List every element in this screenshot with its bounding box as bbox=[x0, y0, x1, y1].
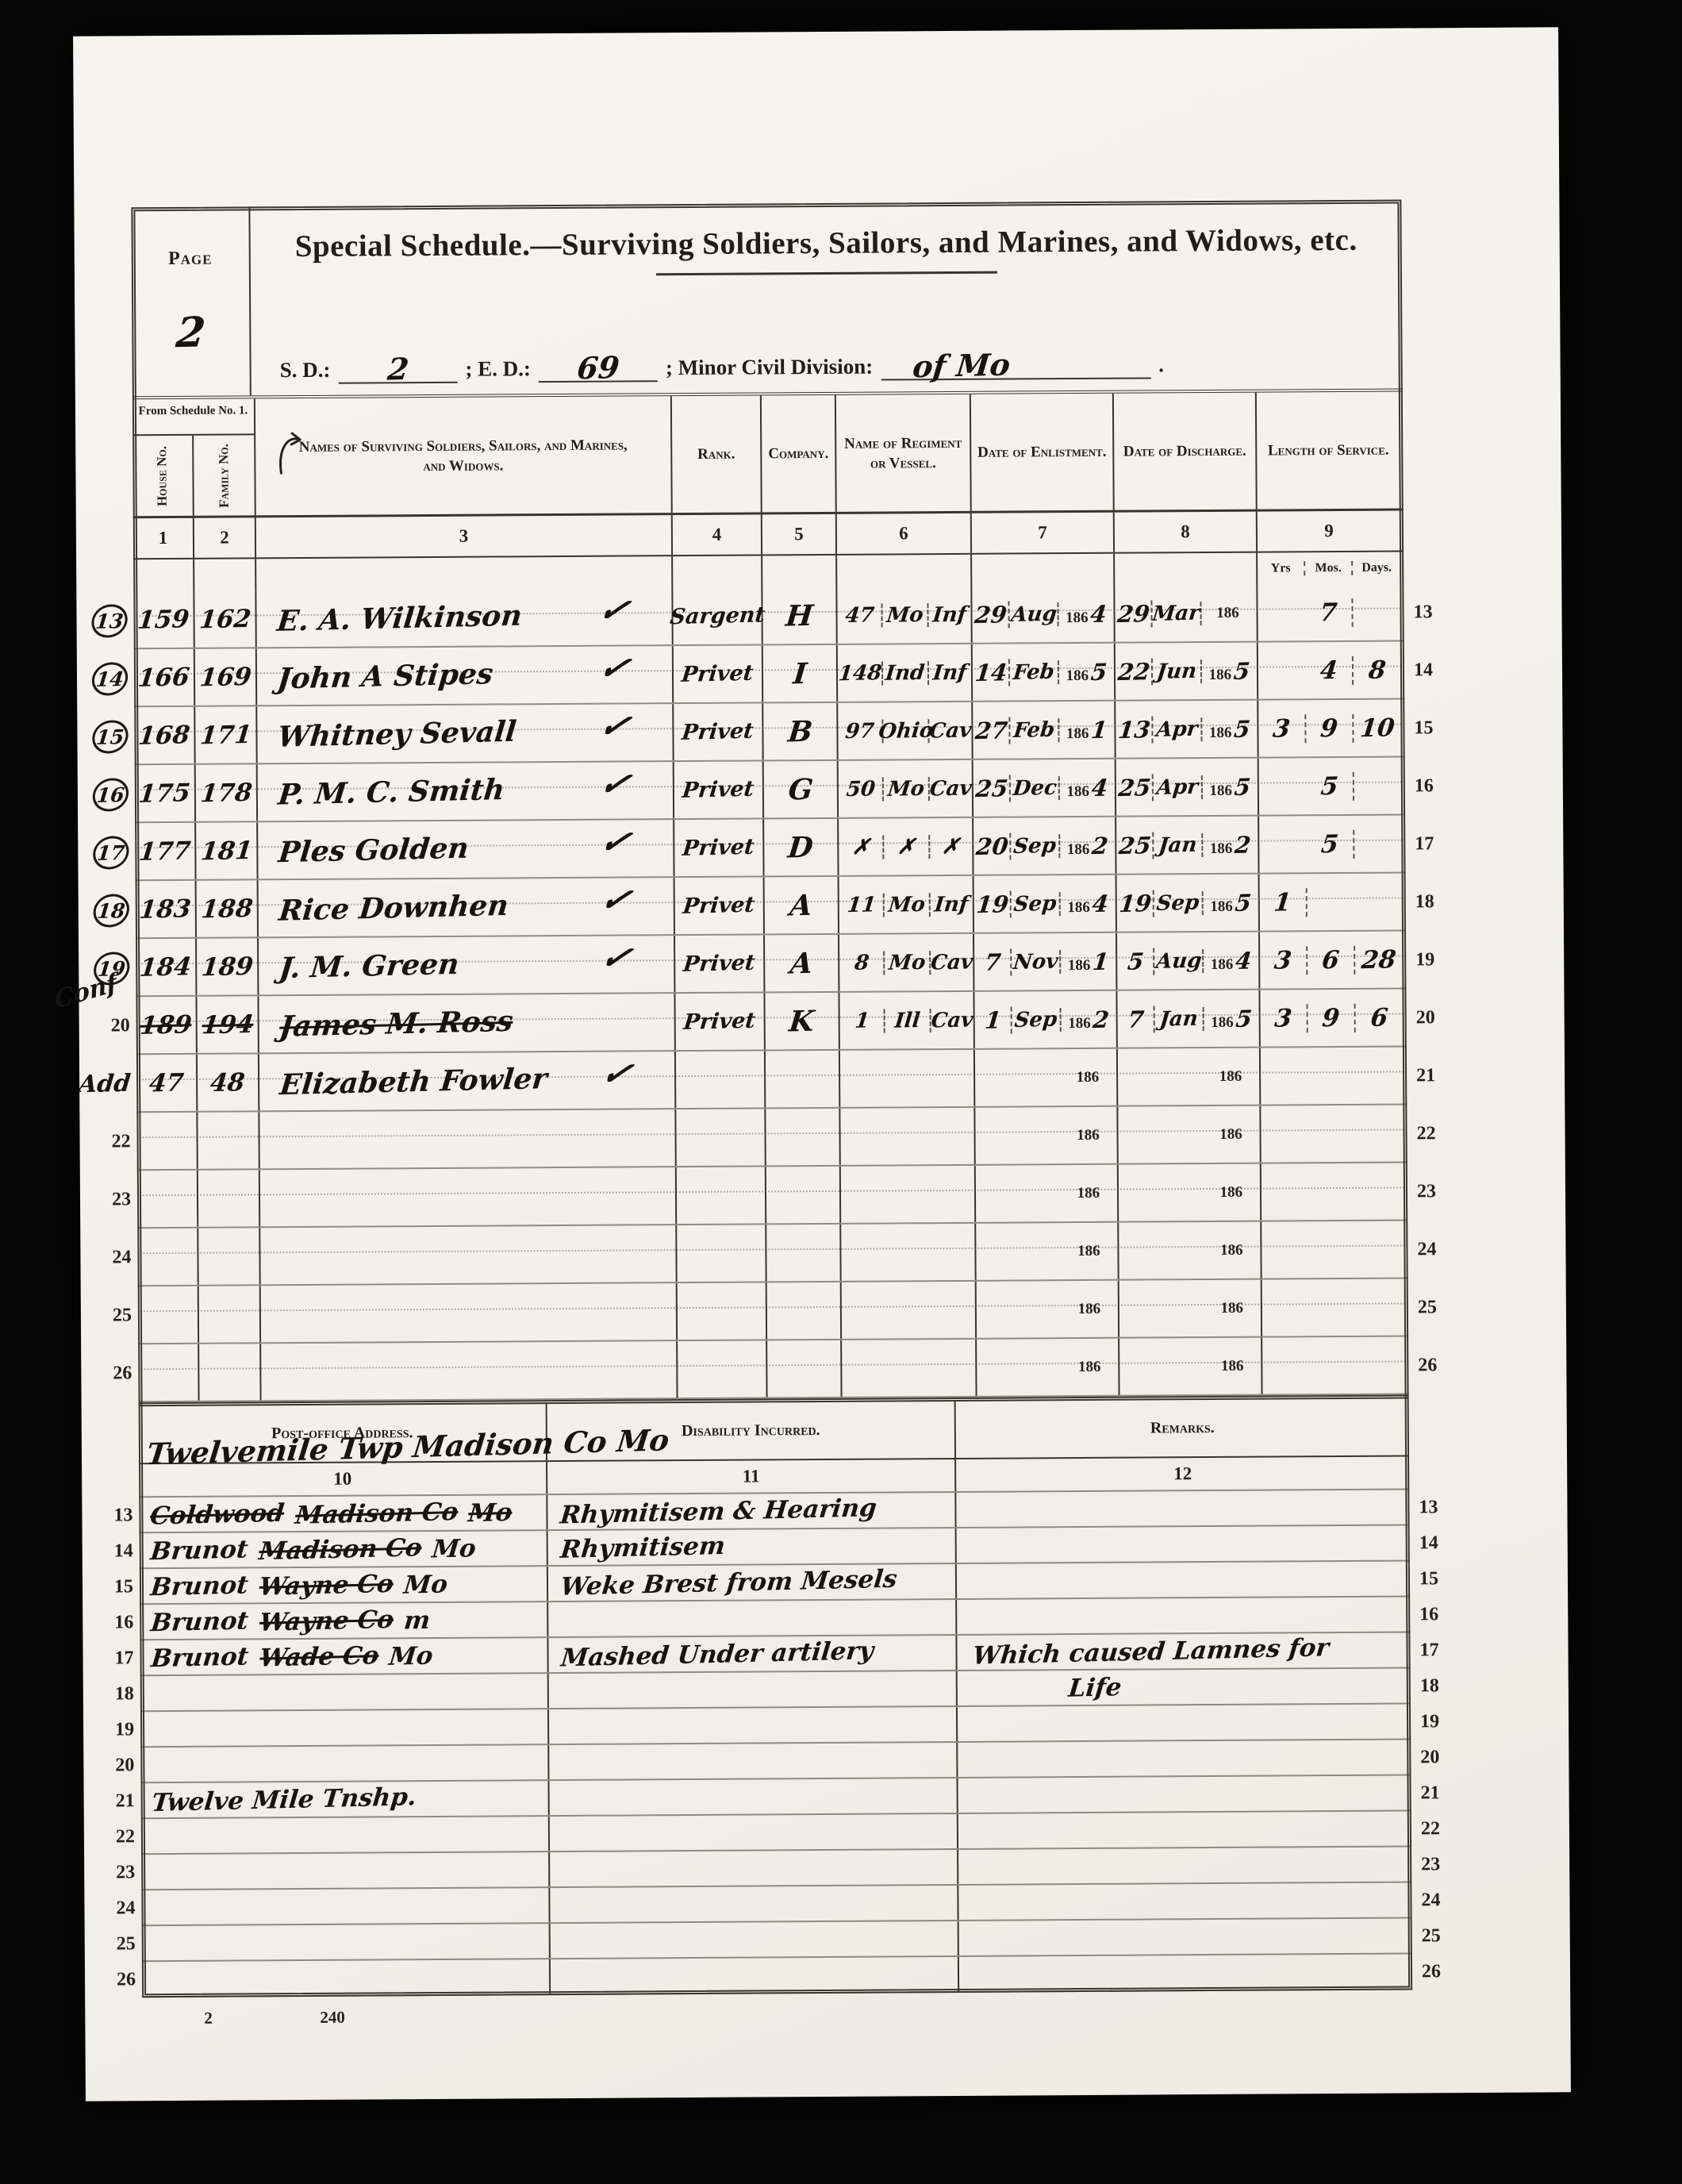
service-sub-label: Mos. bbox=[1305, 561, 1353, 575]
enlistment-cell-sub: 186 bbox=[1062, 1068, 1116, 1086]
regiment-cell-sub: Cav bbox=[931, 950, 973, 974]
enlistment-cell-sub: Feb bbox=[1011, 718, 1059, 742]
service-cell-sub: 5 bbox=[1307, 829, 1354, 858]
discharge-cell-sub: 186 bbox=[1205, 1241, 1260, 1259]
house-number: 183 bbox=[138, 894, 192, 925]
enlistment-cell-sub: Aug bbox=[1010, 602, 1058, 626]
enlistment-cell-sub: 20 bbox=[973, 832, 1012, 859]
family-number: 178 bbox=[199, 778, 253, 808]
row-number: 20 bbox=[1406, 989, 1457, 1047]
regiment-cell-sub: Mo bbox=[885, 951, 931, 975]
remarks-cell bbox=[958, 1882, 1411, 1919]
remarks-value: Which caused Lamnes for bbox=[972, 1636, 1331, 1668]
column-number: 3 bbox=[256, 515, 673, 557]
service-cell-sub: 3 bbox=[1261, 1004, 1308, 1032]
discharge-cell-sub: 1862 bbox=[1203, 831, 1258, 858]
bottom-column-number: 11 bbox=[547, 1459, 956, 1494]
company-value: H bbox=[784, 598, 814, 633]
printed-year-prefix: 186 bbox=[1210, 898, 1233, 914]
page-column: Page 2 bbox=[131, 206, 251, 396]
address-cell bbox=[141, 1888, 550, 1924]
ed-value: 69 bbox=[576, 356, 620, 380]
printed-year-prefix: 186 bbox=[1077, 1184, 1100, 1201]
discharge-day: 13 bbox=[1116, 716, 1151, 744]
disability-value: Rhymitisem & Hearing bbox=[559, 1496, 878, 1527]
service-cell bbox=[1261, 1163, 1404, 1221]
form-title: Special Schedule.—Surviving Soldiers, Sa… bbox=[251, 222, 1402, 265]
enlistment-cell-sub: 29 bbox=[972, 601, 1010, 628]
company-cell bbox=[767, 1282, 842, 1340]
service-cell-value: 28 bbox=[1361, 945, 1398, 975]
family-number-cell: 194 bbox=[197, 996, 259, 1052]
enlistment-cell-sub: 1864 bbox=[1060, 890, 1115, 917]
enlistment-cell-sub: 1 bbox=[975, 1006, 1013, 1033]
family-number: 171 bbox=[198, 720, 252, 750]
printed-year-prefix: 186 bbox=[1219, 1125, 1242, 1142]
regiment-cell-value: 97 bbox=[844, 719, 875, 744]
address-cell: ColdwoodMadison CoMo bbox=[139, 1495, 547, 1532]
disability-value: Weke Brest from Mesels bbox=[559, 1567, 898, 1598]
service-cell bbox=[1261, 1105, 1404, 1163]
discharge-cell-sub: 1865 bbox=[1203, 773, 1258, 800]
form-footer: 2 240 bbox=[85, 2000, 1570, 2009]
regiment-cell-value: 1 bbox=[854, 1009, 870, 1032]
remarks-cell bbox=[958, 1811, 1411, 1848]
regiment-cell-value: 47 bbox=[844, 603, 875, 628]
veteran-name: J. M. Green bbox=[278, 947, 461, 984]
rank-cell bbox=[677, 1167, 766, 1224]
printed-year-prefix: 186 bbox=[1066, 782, 1089, 799]
printed-row-number: 17 bbox=[1415, 833, 1434, 855]
bottom-table-rows: 13ColdwoodMadison CoMoRhymitisem & Heari… bbox=[88, 1490, 1463, 1998]
row-number-left: 21 bbox=[90, 1783, 141, 1819]
row-margin-left: 16 bbox=[84, 765, 135, 823]
year-value: 186 bbox=[1077, 1184, 1103, 1202]
disability-value: Mashed Under artilery bbox=[560, 1639, 875, 1670]
row-cells: 183188Rice Downhen✓PrivetA11MoInf19Sep18… bbox=[136, 874, 1406, 940]
margin-row-number: 23 bbox=[112, 1189, 131, 1210]
disability-cell: Rhymitisem & Hearing bbox=[547, 1493, 956, 1529]
from-schedule-label: From Schedule No. 1. bbox=[132, 398, 254, 436]
enlistment-cell-sub: 14 bbox=[973, 659, 1011, 686]
enlistment-cell-sub: 186 bbox=[1063, 1300, 1118, 1317]
year-value: 186 bbox=[1220, 1299, 1246, 1317]
company-cell bbox=[767, 1340, 842, 1398]
company-cell: K bbox=[765, 993, 839, 1050]
printed-row-number: 13 bbox=[113, 1505, 132, 1526]
regiment-cell bbox=[840, 1108, 975, 1165]
rank-cell: Privet bbox=[675, 877, 765, 934]
printed-row-number: 25 bbox=[117, 1933, 136, 1955]
printed-year-prefix: 186 bbox=[1068, 956, 1091, 973]
header-top: Page 2 Special Schedule.—Surviving Soldi… bbox=[131, 200, 1402, 400]
address-segment: Wayne Co bbox=[258, 1571, 394, 1598]
enlistment-cell: 25Dec1864 bbox=[973, 759, 1116, 817]
regiment-cell-sub: Inf bbox=[929, 660, 972, 684]
regiment-cell-value: 50 bbox=[845, 777, 876, 802]
table-row: 2518618625 bbox=[87, 1278, 1459, 1345]
row-number: 13 bbox=[1404, 583, 1454, 641]
row-cells: 186186 bbox=[137, 1163, 1407, 1228]
family-number-cell: 181 bbox=[196, 822, 258, 879]
discharge-cell-sub: 1865 bbox=[1204, 1005, 1258, 1032]
discharge-cell-sub: 1865 bbox=[1202, 715, 1257, 742]
page-number: 2 bbox=[132, 269, 250, 396]
enlistment-cell-sub: 186 bbox=[1062, 1184, 1117, 1202]
mcd-value: of Mo bbox=[912, 352, 1012, 379]
house-number: 175 bbox=[137, 779, 191, 809]
house-number-cell: 175 bbox=[135, 765, 196, 821]
row-margin-left: 18 bbox=[85, 881, 136, 939]
column-number: 8 bbox=[1115, 512, 1258, 552]
address-cell bbox=[142, 1924, 551, 1960]
printed-row-number: 26 bbox=[1422, 1961, 1441, 1982]
regiment-cell-value: ✗ bbox=[851, 835, 871, 859]
mcd-field: of Mo bbox=[881, 352, 1150, 380]
regiment-cell-value: Cav bbox=[928, 718, 973, 743]
row-number-left: 19 bbox=[90, 1712, 140, 1748]
regiment-cell: 50MoCav bbox=[839, 760, 973, 817]
discharge-day: 25 bbox=[1117, 832, 1152, 859]
column-number: 7 bbox=[972, 513, 1115, 553]
ed-field: 69 bbox=[539, 356, 658, 383]
year-value: 1865 bbox=[1209, 773, 1250, 800]
row-number-right: 20 bbox=[1411, 1740, 1461, 1775]
row-margin-left: 17 bbox=[84, 823, 135, 881]
printed-row-number: 22 bbox=[1416, 1123, 1435, 1144]
regiment-cell-sub: ✗ bbox=[885, 835, 931, 859]
printed-row-number: 19 bbox=[115, 1719, 134, 1740]
enlistment-cell: 20Sep1862 bbox=[973, 817, 1116, 875]
printed-row-number: 19 bbox=[1420, 1711, 1439, 1732]
veteran-name: Rice Downhen bbox=[277, 888, 509, 927]
discharge-cell-sub: Jan bbox=[1155, 1007, 1204, 1031]
address-segment: Twelve Mile Tnshp. bbox=[151, 1785, 417, 1815]
discharge-cell: 186 bbox=[1118, 1106, 1261, 1163]
enlistment-cell: 186 bbox=[977, 1281, 1119, 1338]
row-number-left: 13 bbox=[88, 1498, 139, 1533]
regiment-cell-sub: 8 bbox=[839, 951, 885, 975]
disability-cell: Mashed Under artilery bbox=[548, 1636, 957, 1672]
table-row: Add4748Elizabeth Fowler✓18618621 bbox=[86, 1047, 1457, 1113]
company-cell bbox=[766, 1051, 840, 1108]
address-cell bbox=[141, 1852, 550, 1889]
row-number-left: 22 bbox=[90, 1819, 141, 1855]
address-segment: Brunot bbox=[149, 1573, 249, 1599]
rank-heading: Rank. bbox=[672, 395, 762, 513]
year-suffix: 5 bbox=[1235, 1005, 1254, 1032]
year-suffix: 5 bbox=[1232, 657, 1251, 684]
enlistment-cell: 186 bbox=[976, 1223, 1119, 1280]
year-value: 186 bbox=[1078, 1358, 1104, 1375]
printed-row-number: 19 bbox=[1415, 949, 1434, 971]
service-cell-value: 3 bbox=[1273, 946, 1293, 975]
discharge-day: 5 bbox=[1126, 948, 1145, 975]
family-number: 194 bbox=[200, 1009, 254, 1040]
address-segment: Mo bbox=[467, 1500, 513, 1525]
discharge-cell: 13Apr1865 bbox=[1116, 701, 1258, 758]
regiment-cell-sub: ✗ bbox=[930, 834, 973, 858]
column-headings: From Schedule No. 1. House No. Family No… bbox=[132, 392, 1404, 519]
year-suffix: 1 bbox=[1092, 948, 1111, 975]
discharge-cell: 186 bbox=[1119, 1222, 1261, 1279]
service-cell-sub: 9 bbox=[1308, 1003, 1356, 1032]
name-cell bbox=[259, 1109, 676, 1168]
address-cell bbox=[141, 1817, 550, 1853]
printed-year-prefix: 186 bbox=[1066, 667, 1089, 683]
year-suffix: 5 bbox=[1089, 658, 1108, 685]
svc-band-spacer bbox=[762, 556, 837, 588]
family-number-cell: 48 bbox=[198, 1054, 259, 1110]
regiment-cell-value: Cav bbox=[930, 1008, 974, 1032]
rank-value: Privet bbox=[682, 835, 755, 861]
table-row: 14166169John A Stipes✓PrivetI148IndInf14… bbox=[83, 641, 1455, 708]
margin-row-number: 17 bbox=[91, 835, 130, 869]
margin-row-number: 18 bbox=[92, 893, 131, 927]
enlist-day: 1 bbox=[984, 1006, 1003, 1033]
regiment-cell-sub: Ind bbox=[883, 661, 929, 685]
enlistment-cell: 27Feb1861 bbox=[973, 702, 1116, 759]
regiment-cell-value: Mo bbox=[886, 776, 925, 801]
service-cell: 396 bbox=[1260, 990, 1403, 1047]
rank-cell bbox=[677, 1225, 766, 1282]
enlistment-cell-sub: Sep bbox=[1012, 834, 1060, 858]
enlistment-cell-sub: 7 bbox=[974, 948, 1012, 975]
discharge-cell: 25Apr1865 bbox=[1116, 759, 1259, 816]
year-value: 1862 bbox=[1068, 1005, 1109, 1032]
discharge-cell-sub: 186 bbox=[1206, 1357, 1261, 1375]
rank-value: Privet bbox=[682, 777, 755, 803]
remarks-cell bbox=[958, 1847, 1411, 1883]
regiment-cell-sub: 97 bbox=[838, 719, 883, 743]
house-number-cell bbox=[138, 1344, 199, 1401]
printed-row-number: 18 bbox=[115, 1683, 134, 1705]
family-number-cell bbox=[199, 1286, 261, 1342]
enlistment-cell: 186 bbox=[977, 1339, 1119, 1396]
address-cell: BrunotWayne Com bbox=[140, 1602, 548, 1639]
regiment-cell-value: Inf bbox=[932, 660, 968, 685]
company-value: A bbox=[789, 946, 814, 980]
discharge-cell-sub: Sep bbox=[1154, 891, 1203, 915]
svc-band-spacer bbox=[673, 556, 762, 588]
printed-row-number: 16 bbox=[1419, 1604, 1438, 1625]
printed-row-number: 15 bbox=[114, 1576, 133, 1598]
row-cells: 168171Whitney Sevall✓PrivetB97OhioCav27F… bbox=[134, 700, 1404, 766]
service-cell-sub: 6 bbox=[1308, 945, 1355, 974]
house-number: 189 bbox=[139, 1010, 193, 1040]
row-number: 23 bbox=[1407, 1163, 1458, 1221]
name-cell: P. M. C. Smith✓ bbox=[258, 762, 674, 821]
printed-year-prefix: 186 bbox=[1209, 782, 1232, 798]
company-value: K bbox=[788, 1004, 816, 1038]
family-number: 188 bbox=[200, 894, 254, 924]
year-suffix: 4 bbox=[1090, 774, 1109, 801]
row-number-left: 16 bbox=[89, 1605, 140, 1640]
printed-row-number: 23 bbox=[116, 1862, 135, 1883]
row-number-left: 24 bbox=[90, 1890, 141, 1926]
house-family-pair: House No. Family No. bbox=[132, 435, 255, 516]
enlistment-cell: 14Feb1865 bbox=[973, 644, 1116, 701]
regiment-cell-value: Inf bbox=[933, 892, 969, 917]
discharge-cell-sub: 186 bbox=[1205, 1183, 1260, 1201]
enlistment-cell-sub: 186 bbox=[1062, 1126, 1116, 1144]
regiment-cell-value: Ind bbox=[885, 660, 926, 685]
discharge-cell-sub: Mar bbox=[1153, 602, 1202, 625]
enlistment-cell-sub: 1864 bbox=[1060, 774, 1115, 801]
address-cell: BrunotMadison CoMo bbox=[140, 1531, 548, 1567]
name-cell: John A Stipes✓ bbox=[257, 646, 674, 705]
table-row: 20189194James M. RossPrivetK1IllCav1Sep1… bbox=[85, 989, 1457, 1055]
company-value: A bbox=[789, 888, 814, 922]
scanned-page: Page 2 Special Schedule.—Surviving Soldi… bbox=[73, 27, 1571, 2101]
printed-year-prefix: 186 bbox=[1068, 1014, 1091, 1031]
name-cell: Elizabeth Fowler✓ bbox=[259, 1052, 676, 1110]
row-number: 14 bbox=[1404, 641, 1455, 699]
rank-cell: Privet bbox=[674, 645, 763, 702]
printed-year-prefix: 186 bbox=[1221, 1357, 1244, 1374]
printed-row-number: 17 bbox=[114, 1648, 133, 1669]
year-suffix: 2 bbox=[1234, 831, 1253, 858]
remarks-cell bbox=[957, 1561, 1410, 1598]
regiment-cell: 8MoCav bbox=[839, 934, 974, 991]
enlistment-cell: 7Nov1861 bbox=[974, 933, 1117, 990]
veteran-name: P. M. C. Smith bbox=[277, 772, 506, 811]
regiment-cell: 11MoInf bbox=[839, 876, 974, 933]
address-cell bbox=[142, 1959, 551, 1996]
printed-year-prefix: 186 bbox=[1066, 609, 1089, 625]
service-cell-value: 3 bbox=[1273, 1004, 1293, 1033]
margin-note: Add bbox=[77, 1070, 132, 1099]
printed-year-prefix: 186 bbox=[1219, 1067, 1242, 1084]
row-number: 24 bbox=[1407, 1221, 1458, 1278]
printed-row-number: 18 bbox=[1415, 891, 1434, 913]
check-mark: ✓ bbox=[593, 647, 636, 689]
printed-row-number: 22 bbox=[116, 1826, 135, 1848]
year-suffix: 4 bbox=[1091, 890, 1110, 917]
row-margin-left: 24 bbox=[86, 1228, 137, 1286]
year-value: 186 bbox=[1219, 1125, 1245, 1143]
year-suffix: 1 bbox=[1090, 716, 1109, 743]
enlistment-cell-sub: 1862 bbox=[1061, 1005, 1116, 1032]
house-number: 166 bbox=[136, 663, 190, 693]
year-value: 1865 bbox=[1211, 1005, 1252, 1032]
discharge-cell-sub: 5 bbox=[1117, 948, 1155, 975]
table-row: 18183188Rice Downhen✓PrivetA11MoInf19Sep… bbox=[85, 873, 1457, 940]
printed-year-prefix: 186 bbox=[1078, 1358, 1101, 1375]
printed-year-prefix: 186 bbox=[1077, 1126, 1100, 1143]
discharge-day: 19 bbox=[1118, 890, 1153, 917]
address-segment: Wade Co bbox=[259, 1644, 380, 1671]
address-cell: BrunotWade CoMo bbox=[140, 1638, 548, 1675]
row-cells: 186186 bbox=[137, 1221, 1407, 1286]
printed-year-prefix: 186 bbox=[1208, 666, 1231, 682]
name-cell bbox=[260, 1167, 677, 1226]
enlist-month: Aug bbox=[1009, 602, 1057, 626]
enlistment-cell: 1Sep1862 bbox=[974, 991, 1117, 1048]
service-cell-value: 3 bbox=[1272, 714, 1292, 744]
row-number-right: 14 bbox=[1410, 1525, 1461, 1561]
svc-band-spacer bbox=[1115, 553, 1258, 586]
regiment-cell-sub: Cav bbox=[929, 718, 971, 742]
column-number: 6 bbox=[837, 513, 972, 554]
discharge-month: Apr bbox=[1155, 775, 1199, 799]
year-value: 1864 bbox=[1066, 600, 1107, 627]
discharge-heading: Date of Discharge. bbox=[1114, 393, 1258, 510]
service-cell-sub: 6 bbox=[1356, 1003, 1404, 1032]
sd-field: 2 bbox=[338, 357, 457, 384]
enlistment-cell: 19Sep1864 bbox=[974, 875, 1117, 932]
enlist-month: Feb bbox=[1012, 717, 1056, 742]
service-cell-value: 9 bbox=[1321, 1003, 1341, 1032]
rank-cell: Privet bbox=[674, 761, 764, 818]
enlistment-cell-sub: Dec bbox=[1011, 776, 1059, 800]
discharge-cell-sub: Jan bbox=[1154, 833, 1203, 857]
row-margin-left: 14 bbox=[83, 649, 134, 707]
discharge-cell: 7Jan1865 bbox=[1117, 990, 1260, 1048]
column-number: 2 bbox=[194, 517, 256, 557]
row-number: 22 bbox=[1407, 1105, 1457, 1163]
year-suffix: 2 bbox=[1092, 1005, 1111, 1032]
discharge-cell-sub: 186 bbox=[1204, 1125, 1259, 1143]
enlist-day: 7 bbox=[983, 948, 1002, 975]
family-number: 189 bbox=[200, 952, 254, 982]
house-number: 184 bbox=[139, 952, 193, 982]
regiment-cell-sub: Inf bbox=[930, 892, 973, 916]
house-number: 168 bbox=[137, 721, 191, 751]
mcd-label: ; Minor Civil Division: bbox=[666, 355, 873, 383]
check-mark: ✓ bbox=[596, 1052, 638, 1094]
service-heading: Length of Service. bbox=[1257, 392, 1400, 509]
rank-value: Privet bbox=[682, 893, 756, 919]
disability-cell bbox=[551, 1957, 959, 1994]
printed-row-number: 20 bbox=[115, 1755, 134, 1776]
discharge-cell-sub: 29 bbox=[1115, 600, 1153, 627]
address-segment: Brunot bbox=[149, 1537, 249, 1563]
column-number: 4 bbox=[673, 514, 762, 555]
name-cell: Ples Golden✓ bbox=[258, 820, 674, 879]
service-cell-value: 5 bbox=[1319, 771, 1339, 801]
address-cell bbox=[140, 1709, 549, 1746]
margin-row-number: 24 bbox=[112, 1247, 131, 1268]
remarks-cell bbox=[957, 1597, 1410, 1633]
remarks-cell bbox=[959, 1918, 1412, 1955]
address-segment: Mo bbox=[403, 1572, 449, 1597]
service-cell-value: 5 bbox=[1320, 829, 1340, 859]
year-value: 186 bbox=[1220, 1183, 1246, 1201]
service-cell: 48 bbox=[1258, 642, 1401, 699]
house-number-cell bbox=[138, 1286, 199, 1343]
service-cell bbox=[1261, 1221, 1404, 1278]
regiment-cell-sub: Mo bbox=[883, 603, 929, 627]
printed-row-number: 16 bbox=[114, 1612, 133, 1633]
regiment-cell: ✗✗✗ bbox=[839, 818, 973, 875]
row-number: 21 bbox=[1407, 1047, 1457, 1105]
regiment-heading: Name of Regiment or Vessel. bbox=[836, 394, 972, 512]
sd-value: 2 bbox=[386, 357, 409, 382]
row-cells: 189194James M. RossPrivetK1IllCav1Sep186… bbox=[136, 989, 1406, 1055]
enlist-month: Sep bbox=[1014, 1007, 1059, 1032]
family-number: 169 bbox=[198, 662, 252, 692]
service-cell: 7 bbox=[1258, 584, 1400, 641]
remarks-value: Life bbox=[1067, 1675, 1123, 1701]
disability-value: Rhymitisem bbox=[559, 1533, 726, 1561]
row-margin-left: 25 bbox=[87, 1286, 138, 1344]
row-number-right: 23 bbox=[1411, 1847, 1462, 1882]
enlistment-cell-sub: Sep bbox=[1012, 892, 1060, 916]
row-number-left: 23 bbox=[90, 1855, 141, 1890]
margin-row-number: 20 bbox=[111, 1015, 130, 1036]
address-segment: Brunot bbox=[150, 1644, 250, 1671]
